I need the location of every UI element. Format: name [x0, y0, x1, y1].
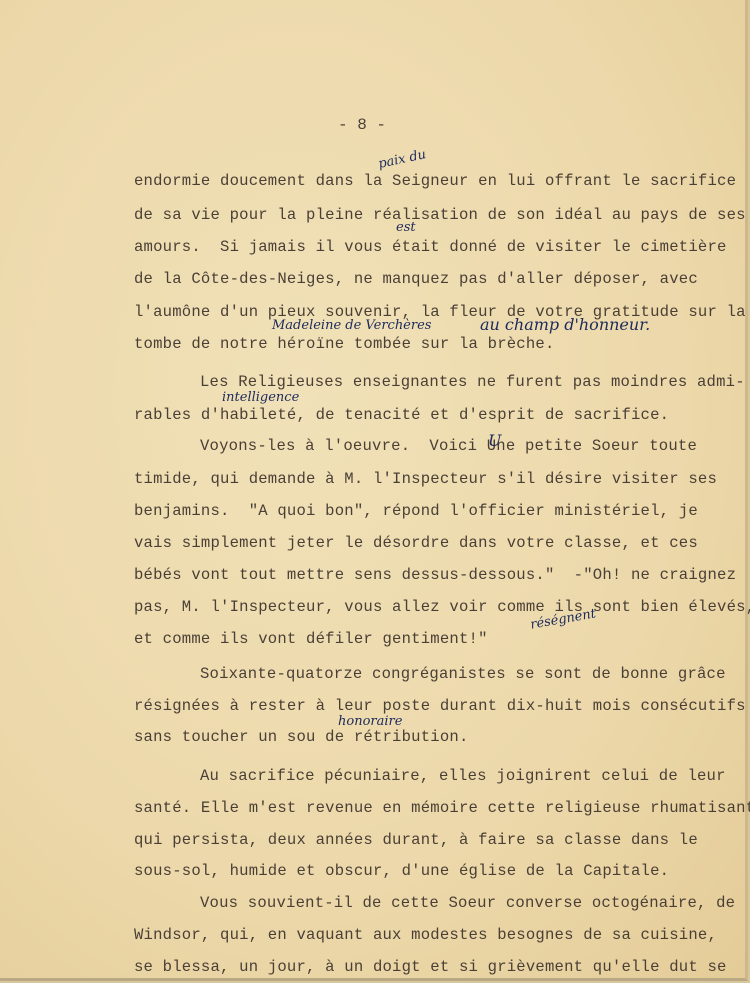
text-line: tombe de notre héroïne tombée sur la brè… [134, 335, 555, 353]
text-line: santé. Elle m'est revenue en mémoire cet… [134, 799, 750, 817]
text-line: se blessa, un jour, à un doigt et si gri… [134, 958, 727, 976]
text-line: endormie doucement dans la Seigneur en l… [134, 172, 736, 190]
text-line: de sa vie pour la pleine réalisation de … [134, 206, 746, 224]
handwritten-annotation: paix du [377, 147, 427, 172]
text-line: benjamins. "A quoi bon", répond l'offici… [134, 502, 698, 520]
text-line: sans toucher un sou de rétribution. [134, 728, 469, 746]
page-number: - 8 - [338, 116, 386, 134]
text-line: Vous souvient-il de cette Soeur converse… [200, 894, 735, 912]
text-line: pas, M. l'Inspecteur, vous allez voir co… [134, 598, 750, 616]
handwritten-annotation: U [488, 431, 501, 450]
handwritten-annotation: intelligence [222, 390, 299, 405]
text-line: Les Religieuses enseignantes ne furent p… [200, 373, 745, 391]
text-line: timide, qui demande à M. l'Inspecteur s'… [134, 470, 717, 488]
text-line: Au sacrifice pécuniaire, elles joigniren… [200, 767, 726, 785]
text-line: bébés vont tout mettre sens dessus-desso… [134, 566, 736, 584]
document-page: - 8 - endormie doucement dans la Seigneu… [0, 0, 748, 981]
text-line: qui persista, deux années durant, à fair… [134, 831, 698, 849]
handwritten-annotation: au champ d'honneur. [480, 315, 650, 334]
text-line: de la Côte-des-Neiges, ne manquez pas d'… [134, 270, 698, 288]
handwritten-annotation: Madeleine de Verchères [272, 318, 431, 333]
text-line: sous-sol, humide et obscur, d'une église… [134, 862, 669, 880]
text-line: Windsor, qui, en vaquant aux modestes be… [134, 926, 717, 944]
text-line: Soixante-quatorze congréganistes se sont… [200, 665, 726, 683]
handwritten-annotation: honoraire [338, 714, 402, 729]
text-line: Voyons-les à l'oeuvre. Voici Une petite … [200, 437, 697, 455]
text-line: et comme ils vont défiler gentiment!" [134, 630, 488, 648]
text-line: amours. Si jamais il vous était donné de… [134, 238, 727, 256]
text-line: vais simplement jeter le désordre dans v… [134, 534, 698, 552]
text-line: l'aumône d'un pieux souvenir, la fleur d… [134, 303, 746, 321]
text-line: résignées à rester à leur poste durant d… [134, 697, 746, 715]
handwritten-annotation: est [396, 220, 416, 235]
text-line: rables d'habileté, de tenacité et d'espr… [134, 406, 669, 424]
